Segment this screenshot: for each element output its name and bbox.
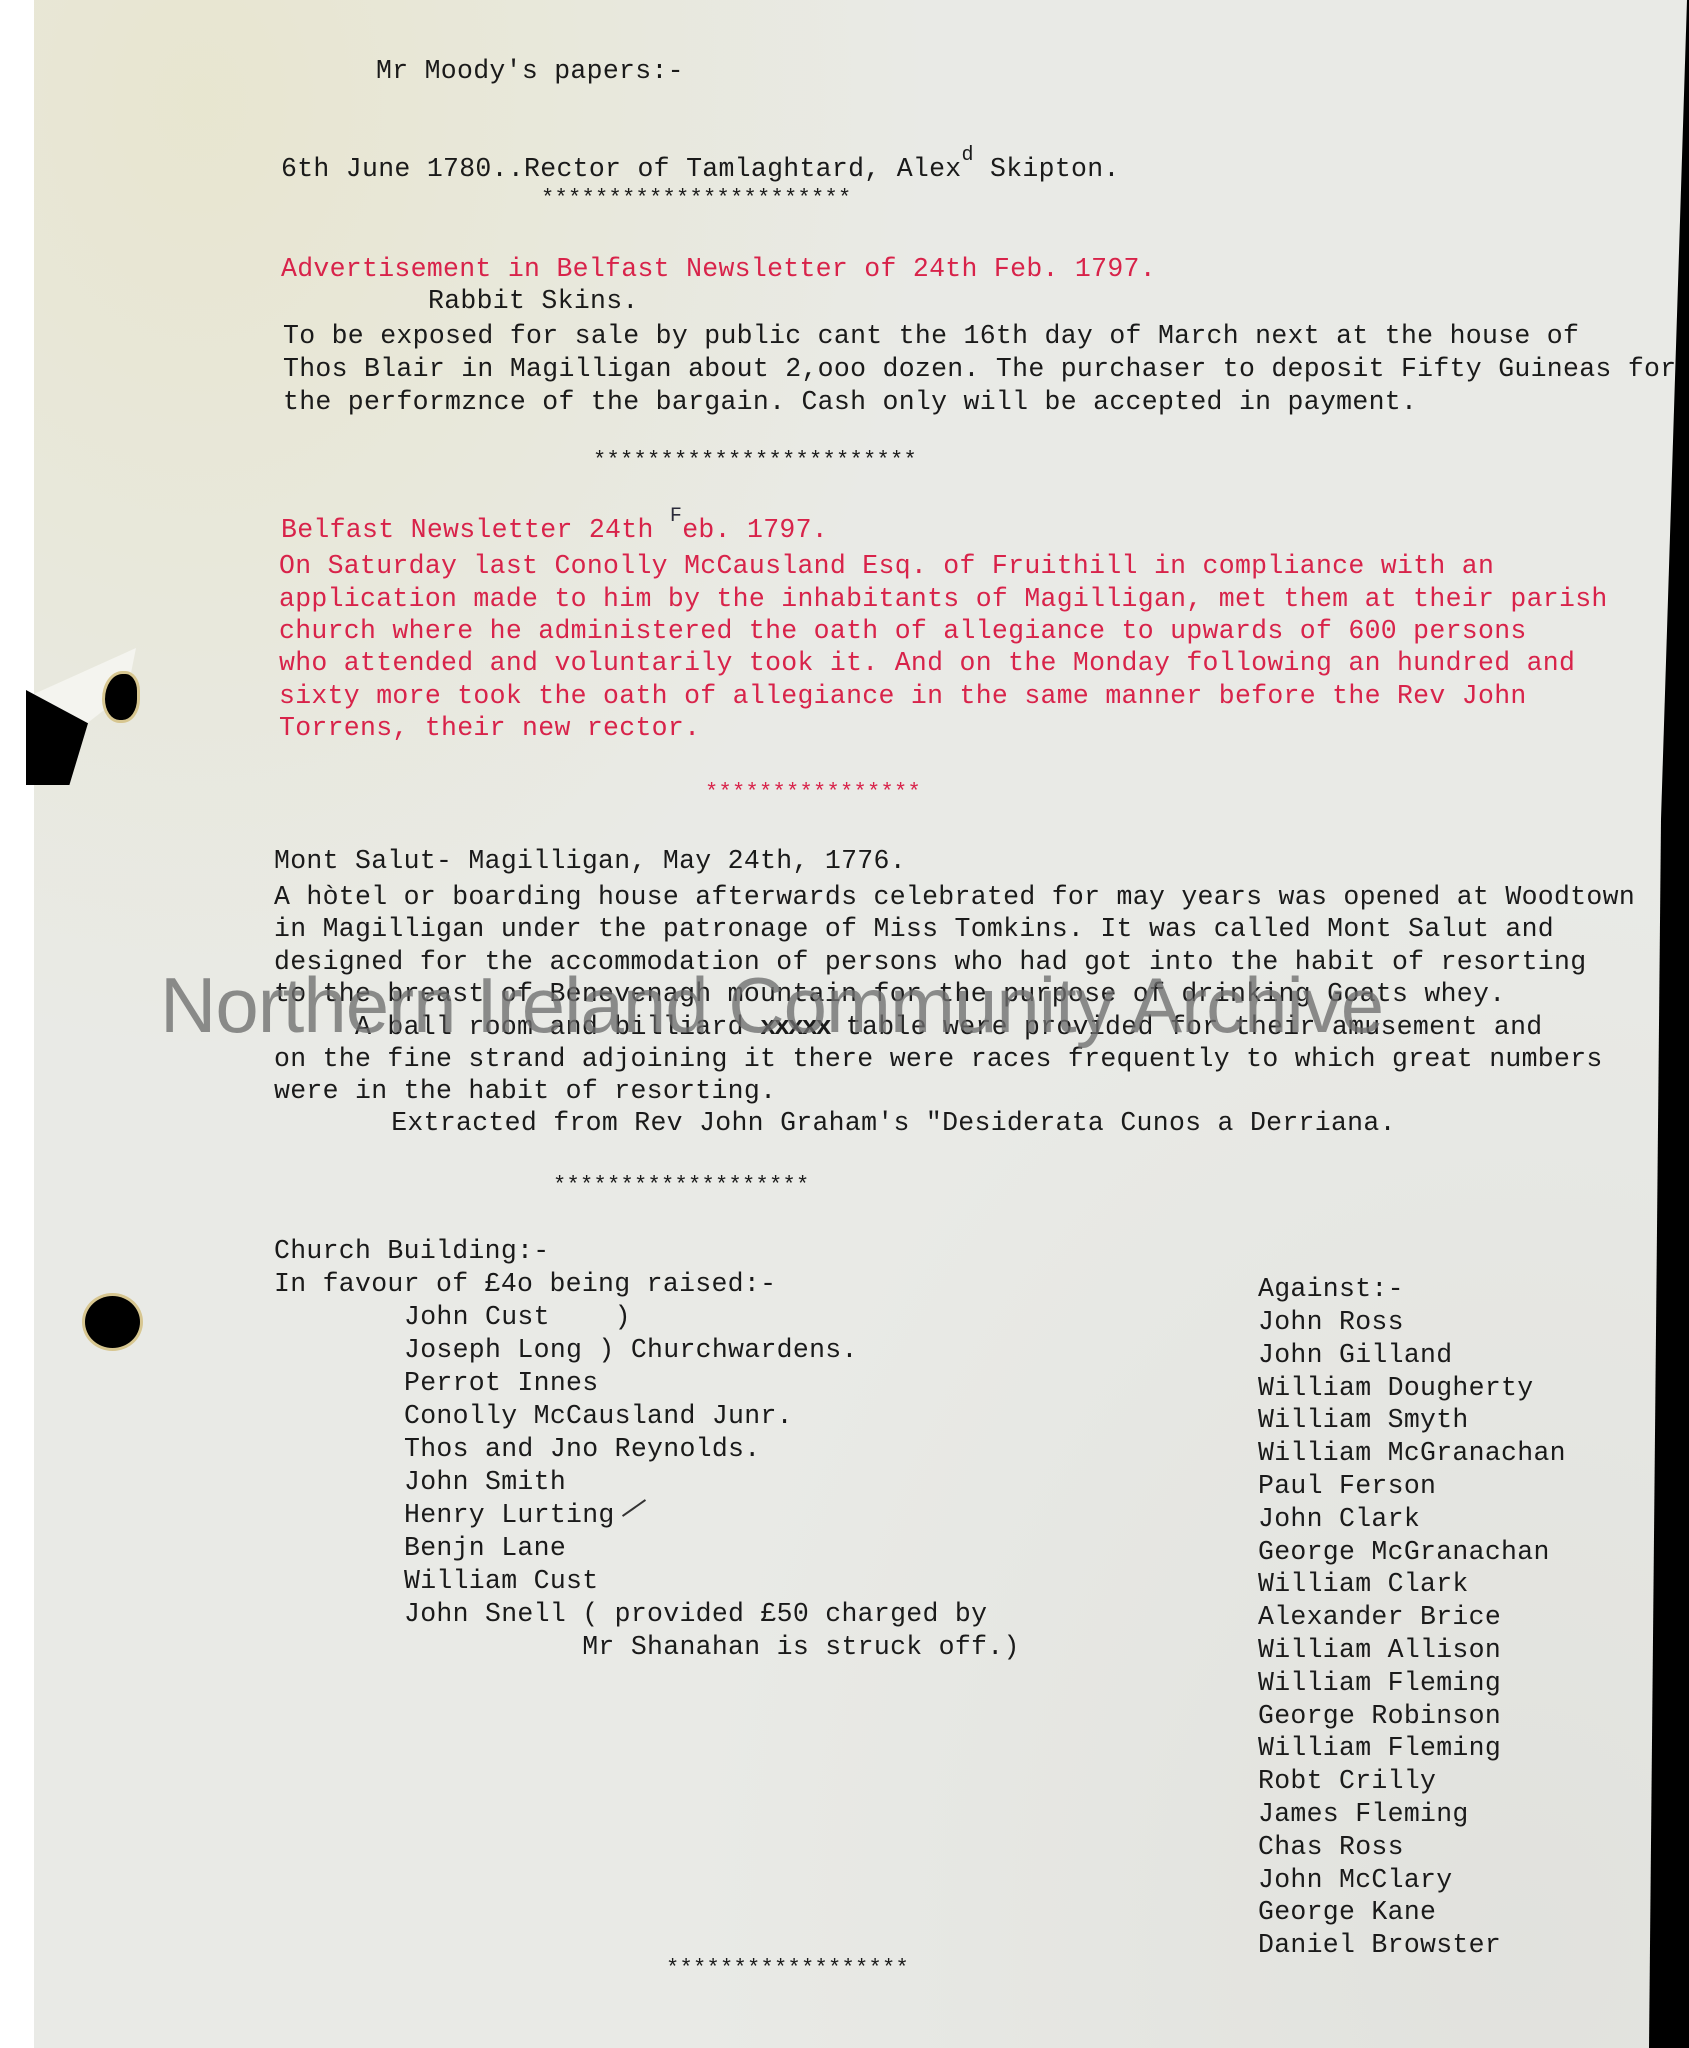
against-item: William Clark [1258,1571,1469,1598]
advertisement-line: the performznce of the bargain. Cash onl… [283,389,1417,416]
punch-hole-bottom [85,1296,140,1348]
in-favour-item: William Cust [404,1568,598,1595]
advertisement-subtitle: Rabbit Skins. [428,288,639,315]
punch-hole-top [105,674,137,720]
against-item: William Smyth [1258,1407,1469,1434]
newsletter-title: Belfast Newsletter 24th Feb. 1797. [281,517,828,544]
advertisement-line: To be exposed for sale by public cant th… [283,323,1579,350]
against-item: William Fleming [1258,1735,1501,1762]
separator: ************************ [593,450,917,472]
in-favour-item: Perrot Innes [404,1370,598,1397]
against-item: John McClary [1258,1867,1452,1894]
in-favour-item: Joseph Long ) Churchwardens. [404,1337,858,1364]
against-item: James Fleming [1258,1801,1469,1828]
newsletter-line: application made to him by the inhabitan… [279,586,1608,613]
in-favour-item: Thos and Jno Reynolds. [404,1436,760,1463]
against-item: William Fleming [1258,1670,1501,1697]
mont-salut-line: in Magilligan under the patronage of Mis… [274,916,1554,943]
newsletter-line: who attended and voluntarily took it. An… [279,650,1575,677]
against-item: Chas Ross [1258,1834,1404,1861]
against-heading: Against:- [1258,1276,1404,1303]
against-item: William McGranachan [1258,1440,1566,1467]
church-building-title: Church Building:- [274,1238,549,1265]
newsletter-line: sixty more took the oath of allegiance i… [279,683,1527,710]
source-citation: Extracted from Rev John Graham's "Deside… [294,1110,1396,1137]
separator: ******************* [553,1175,810,1197]
against-item: Alexander Brice [1258,1604,1501,1631]
against-item: William Allison [1258,1637,1501,1664]
in-favour-item: John Snell ( provided £50 charged by [404,1601,987,1628]
in-favour-item: Mr Shanahan is struck off.) [404,1634,1020,1661]
separator: ****************** [666,1958,909,1980]
rector-line: 6th June 1780..Rector of Tamlaghtard, Al… [281,156,1120,183]
rector-line-text: 6th June 1780..Rector of Tamlaghtard, Al… [281,154,962,184]
separator: **************** [705,782,921,804]
mont-salut-line: were in the habit of resorting. [274,1078,776,1105]
newsletter-title-superscript: F [670,505,682,528]
rector-line-superscript: d [962,144,974,167]
against-item: Robt Crilly [1258,1768,1436,1795]
in-favour-heading: In favour of £4o being raised:- [274,1271,776,1298]
in-favour-item: John Smith [404,1469,566,1496]
newsletter-title-text: Belfast Newsletter 24th [281,515,670,545]
rector-line-end: Skipton. [974,154,1120,184]
newsletter-title-end: eb. 1797. [682,515,828,545]
against-item: John Ross [1258,1309,1404,1336]
against-item: William Dougherty [1258,1375,1533,1402]
in-favour-item: John Cust ) [404,1304,631,1331]
advertisement-title: Advertisement in Belfast Newsletter of 2… [281,256,1156,283]
mont-salut-title: Mont Salut- Magilligan, May 24th, 1776. [274,848,906,875]
against-item: George Kane [1258,1899,1436,1926]
watermark: Northern Ireland Community Archive [160,960,1383,1051]
against-item: Paul Ferson [1258,1473,1436,1500]
advertisement-line: Thos Blair in Magilligan about 2,ooo doz… [283,356,1676,383]
document-heading: Mr Moody's papers:- [376,58,684,85]
separator: *********************** [541,188,852,210]
mont-salut-line: A hòtel or boarding house afterwards cel… [274,884,1635,911]
against-item: John Clark [1258,1506,1420,1533]
newsletter-line: Torrens, their new rector. [279,715,700,742]
against-item: John Gilland [1258,1342,1452,1369]
against-item: Daniel Browster [1258,1932,1501,1959]
in-favour-item: Henry Lurting [404,1502,615,1529]
newsletter-line: On Saturday last Conolly McCausland Esq.… [279,553,1494,580]
against-item: George McGranachan [1258,1539,1550,1566]
against-item: George Robinson [1258,1703,1501,1730]
in-favour-item: Conolly McCausland Junr. [404,1403,793,1430]
in-favour-item: Benjn Lane [404,1535,566,1562]
newsletter-line: church where he administered the oath of… [279,618,1527,645]
